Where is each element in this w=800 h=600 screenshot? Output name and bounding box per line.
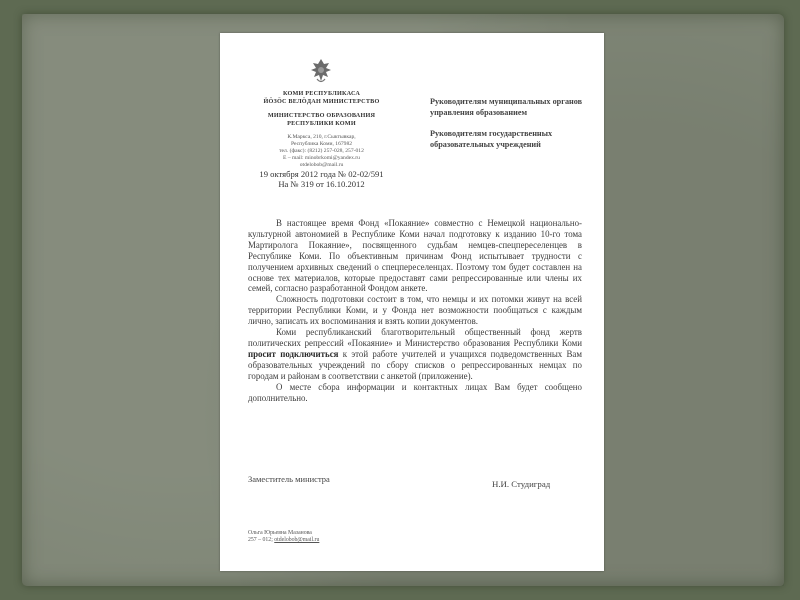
letter-reference: На № 319 от 16.10.2012 xyxy=(234,179,409,189)
email-1: E – mail: minobrkomi@yandex.ru xyxy=(234,155,409,162)
letter-date-number: 19 октября 2012 года № 02-02/591 xyxy=(234,169,409,179)
paragraph-1: В настоящее время Фонд «Покаяние» совмес… xyxy=(248,218,582,294)
letterhead: КОМИ РЕСПУБЛИКАСА ЙÖЗÖС ВЕЛÖДАН МИНИСТЕР… xyxy=(234,90,409,189)
official-letter-page: КОМИ РЕСПУБЛИКАСА ЙÖЗÖС ВЕЛÖДАН МИНИСТЕР… xyxy=(220,33,604,571)
email-2: otdelobob@mail.ru xyxy=(234,162,409,169)
paragraph-4: О месте сбора информации и контактных ли… xyxy=(248,382,582,404)
org-name-ru-1: МИНИСТЕРСТВО ОБРАЗОВАНИЯ xyxy=(234,112,409,120)
paragraph-2: Сложность подготовки состоит в том, что … xyxy=(248,294,582,327)
paragraph-3-start: Коми республиканский благотворительный о… xyxy=(248,327,582,348)
letter-body: В настоящее время Фонд «Покаяние» совмес… xyxy=(248,218,582,403)
executor-info: Ольга Юрьевна Мазанова 257 – 012; otdelo… xyxy=(248,530,319,545)
komi-coat-of-arms-icon xyxy=(309,57,333,85)
recipient-1: Руководителям муниципальных органов упра… xyxy=(430,96,600,118)
phone-fax: тел. (факс): (8212) 257-028, 257-012 xyxy=(234,148,409,155)
executor-name: Ольга Юрьевна Мазанова xyxy=(248,530,319,537)
org-name-komi-2: ЙÖЗÖС ВЕЛÖДАН МИНИСТЕРСТВО xyxy=(234,98,409,106)
paragraph-3: Коми республиканский благотворительный о… xyxy=(248,327,582,382)
org-name-ru-2: РЕСПУБЛИКИ КОМИ xyxy=(234,120,409,128)
signatory-name: Н.И. Студиград xyxy=(492,479,550,489)
org-name-komi-1: КОМИ РЕСПУБЛИКАСА xyxy=(234,90,409,98)
signatory-title: Заместитель министра xyxy=(248,474,330,484)
recipients-block: Руководителям муниципальных органов упра… xyxy=(430,96,600,150)
recipient-2: Руководителям государственных образовате… xyxy=(430,128,600,150)
executor-email-link[interactable]: otdelobob@mail.ru xyxy=(274,537,319,543)
paragraph-3-emphasis: просит подключиться xyxy=(248,349,338,359)
executor-phone: 257 – 012; xyxy=(248,537,274,543)
executor-contact: 257 – 012; otdelobob@mail.ru xyxy=(248,537,319,544)
